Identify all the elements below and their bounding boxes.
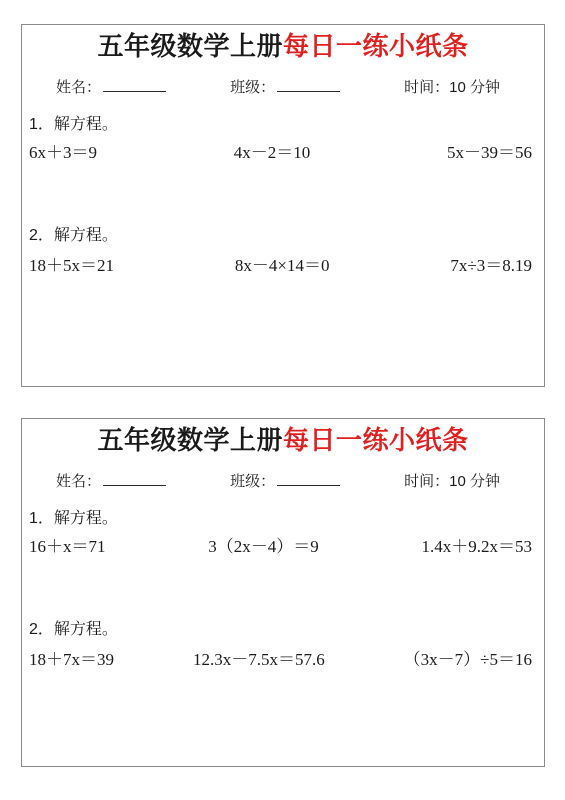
title-highlight-part: 每日一练小纸条: [283, 425, 469, 455]
time-label: 时间：10 分钟: [404, 473, 500, 490]
class-label: 班级：: [230, 79, 275, 96]
name-label: 姓名：: [56, 473, 101, 490]
section-2-label: 2．解方程。: [29, 226, 544, 246]
title-course-part: 五年级数学上册: [97, 425, 283, 455]
worksheet-card-1: 五年级数学上册每日一练小纸条 姓名： 班级： 时间：10 分钟 1．解方程。 6…: [21, 24, 545, 387]
equation: （3x－7）÷5＝16: [404, 649, 532, 671]
name-field: 姓名：: [56, 77, 166, 98]
equation: 8x－4×14＝0: [235, 255, 330, 277]
time-field: 时间：10 分钟: [404, 78, 500, 98]
equation: 6x＋3＝9: [29, 142, 97, 164]
worksheet-title: 五年级数学上册每日一练小纸条: [22, 30, 544, 63]
class-field: 班级：: [230, 77, 340, 98]
equation: 1.4x＋9.2x＝53: [422, 536, 533, 558]
class-blank-line: [277, 471, 340, 486]
equation: 16＋x＝71: [29, 536, 106, 558]
equation-row-2: 18＋7x＝39 12.3x－7.5x＝57.6 （3x－7）÷5＝16: [29, 649, 532, 671]
info-row: 姓名： 班级： 时间：10 分钟: [56, 471, 500, 492]
section-1-label: 1．解方程。: [29, 509, 544, 529]
equation: 12.3x－7.5x＝57.6: [193, 649, 325, 671]
worksheet-page: 五年级数学上册每日一练小纸条 姓名： 班级： 时间：10 分钟 1．解方程。 6…: [0, 0, 565, 800]
equation: 18＋5x＝21: [29, 255, 114, 277]
class-label: 班级：: [230, 473, 275, 490]
class-blank-line: [277, 77, 340, 92]
equation: 3（2x－4）＝9: [208, 536, 319, 558]
class-field: 班级：: [230, 471, 340, 492]
equation-row-1: 16＋x＝71 3（2x－4）＝9 1.4x＋9.2x＝53: [29, 536, 532, 558]
worksheet-card-2: 五年级数学上册每日一练小纸条 姓名： 班级： 时间：10 分钟 1．解方程。 1…: [21, 418, 545, 767]
section-1-label: 1．解方程。: [29, 115, 544, 135]
worksheet-title: 五年级数学上册每日一练小纸条: [22, 424, 544, 457]
time-label: 时间：10 分钟: [404, 79, 500, 96]
name-label: 姓名：: [56, 79, 101, 96]
equation: 5x－39＝56: [447, 142, 532, 164]
equation-row-2: 18＋5x＝21 8x－4×14＝0 7x÷3＝8.19: [29, 255, 532, 277]
equation: 18＋7x＝39: [29, 649, 114, 671]
equation: 7x÷3＝8.19: [450, 255, 532, 277]
title-course-part: 五年级数学上册: [97, 31, 283, 61]
name-field: 姓名：: [56, 471, 166, 492]
name-blank-line: [103, 471, 166, 486]
info-row: 姓名： 班级： 时间：10 分钟: [56, 77, 500, 98]
equation-row-1: 6x＋3＝9 4x－2＝10 5x－39＝56: [29, 142, 532, 164]
section-2-label: 2．解方程。: [29, 620, 544, 640]
title-highlight-part: 每日一练小纸条: [283, 31, 469, 61]
name-blank-line: [103, 77, 166, 92]
equation: 4x－2＝10: [234, 142, 311, 164]
time-field: 时间：10 分钟: [404, 472, 500, 492]
